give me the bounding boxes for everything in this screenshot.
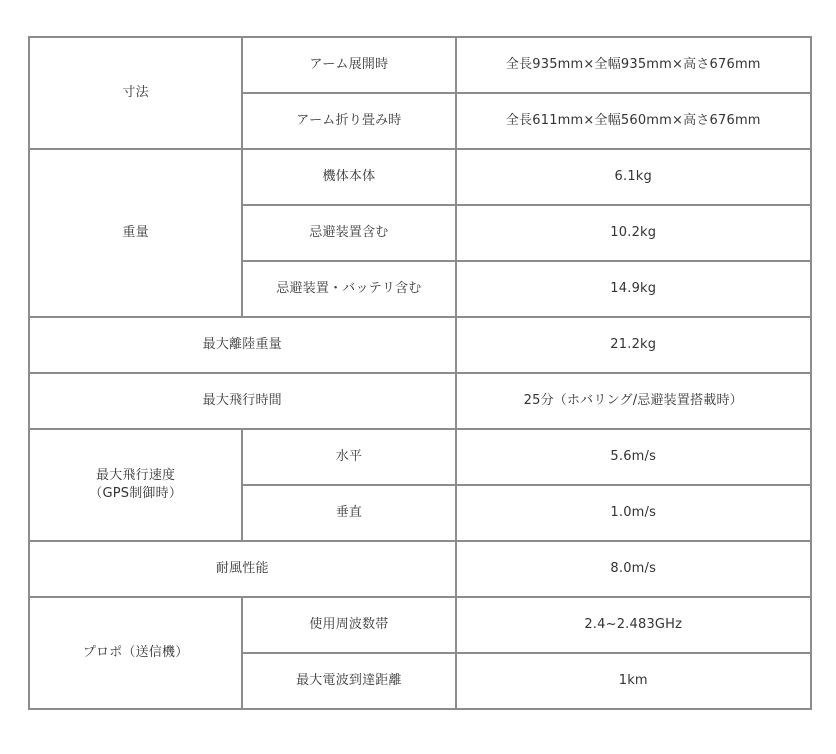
table-row-max-flight-time: 最大飛行時間 25分（ホバリング/忌避装置搭載時） (29, 373, 811, 429)
spec-value: 全長935mm×全幅935mm×高さ676mm (456, 37, 811, 93)
sub-label: 機体本体 (242, 149, 455, 205)
spec-value: 5.6m/s (456, 429, 811, 485)
sub-label: 忌避装置含む (242, 205, 455, 261)
category-dimensions: 寸法 (29, 37, 242, 149)
table-row-weight-body: 重量 機体本体 6.1kg (29, 149, 811, 205)
sub-label: 使用周波数帯 (242, 597, 455, 653)
category-line-2: （GPS制御時） (89, 486, 182, 501)
category-max-takeoff-weight: 最大離陸重量 (29, 317, 456, 373)
spec-value: 21.2kg (456, 317, 811, 373)
sub-label: 忌避装置・バッテリ含む (242, 261, 455, 317)
spec-value: 2.4~2.483GHz (456, 597, 811, 653)
sub-label: アーム折り畳み時 (242, 93, 455, 149)
spec-value: 全長611mm×全幅560mm×高さ676mm (456, 93, 811, 149)
table-row-dimensions-deployed: 寸法 アーム展開時 全長935mm×全幅935mm×高さ676mm (29, 37, 811, 93)
sub-label: アーム展開時 (242, 37, 455, 93)
category-line-1: 最大飛行速度 (96, 468, 175, 483)
table-row-max-takeoff-weight: 最大離陸重量 21.2kg (29, 317, 811, 373)
spec-value: 25分（ホバリング/忌避装置搭載時） (456, 373, 811, 429)
spec-value: 14.9kg (456, 261, 811, 317)
category-max-flight-time: 最大飛行時間 (29, 373, 456, 429)
sub-label: 水平 (242, 429, 455, 485)
category-label: 最大飛行速度 （GPS制御時） (89, 467, 182, 503)
spec-table: 寸法 アーム展開時 全長935mm×全幅935mm×高さ676mm アーム折り畳… (28, 36, 812, 710)
table-row-transmitter-frequency: プロポ（送信機） 使用周波数帯 2.4~2.483GHz (29, 597, 811, 653)
spec-value: 10.2kg (456, 205, 811, 261)
category-max-flight-speed: 最大飛行速度 （GPS制御時） (29, 429, 242, 541)
table-row-speed-horizontal: 最大飛行速度 （GPS制御時） 水平 5.6m/s (29, 429, 811, 485)
table-row-wind-resistance: 耐風性能 8.0m/s (29, 541, 811, 597)
sub-label: 最大電波到達距離 (242, 653, 455, 709)
spec-value: 8.0m/s (456, 541, 811, 597)
category-transmitter: プロポ（送信機） (29, 597, 242, 709)
spec-value: 6.1kg (456, 149, 811, 205)
spec-value: 1km (456, 653, 811, 709)
category-wind-resistance: 耐風性能 (29, 541, 456, 597)
spec-value: 1.0m/s (456, 485, 811, 541)
category-weight: 重量 (29, 149, 242, 317)
sub-label: 垂直 (242, 485, 455, 541)
